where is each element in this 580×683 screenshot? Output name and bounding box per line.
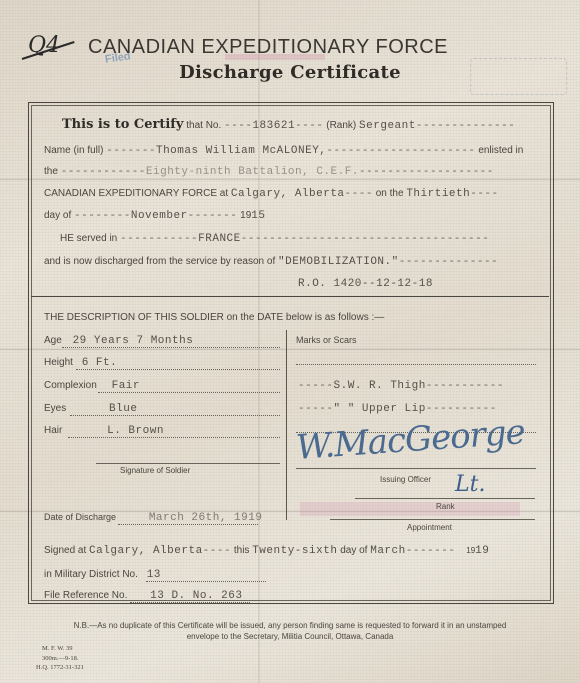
footer-note-line: N.B.—As no duplicate of this Certificate… <box>40 620 540 631</box>
authority-reference: R.O. 1420--12-12-18 <box>298 278 433 290</box>
fill-dashes: ----- <box>298 380 334 392</box>
eyes-label: Eyes <box>44 403 66 414</box>
description-heading: THE DESCRIPTION OF THIS SOLDIER on the D… <box>44 312 384 323</box>
complexion-underline <box>98 392 280 393</box>
unit-line: the ------------Eighty-ninth Battalion, … <box>44 166 494 178</box>
soldier-signature-line <box>96 463 280 464</box>
soldier-name: Thomas William McALONEY, <box>156 145 326 157</box>
mark-line: -----S.W. R. Thigh----------- <box>298 380 504 392</box>
complexion-value: Fair <box>112 380 140 392</box>
year-prefix: 19 <box>240 210 251 221</box>
fill-dashes: ------------------- <box>359 166 494 178</box>
mark-item: " " Upper Lip <box>334 403 426 415</box>
height-label: Height <box>44 357 73 368</box>
section-divider <box>31 296 549 297</box>
signed-at-label: Signed at <box>44 545 86 556</box>
signed-month: March <box>370 545 406 557</box>
fill-dashes: ------------ <box>61 166 146 178</box>
eyes-value: Blue <box>109 403 137 415</box>
district-underline <box>146 581 266 582</box>
served-in-value: FRANCE <box>198 233 241 245</box>
height-line: Height 6 Ft. <box>44 357 117 369</box>
fill-dashes: ----- <box>298 403 334 415</box>
file-reference-line: File Reference No. 13 D. No. 263 <box>44 590 242 602</box>
signed-year: 19 <box>475 545 489 557</box>
name-label: Name (in full) <box>44 145 103 156</box>
fill-dashes: ---- <box>470 188 498 200</box>
rank-signature-label: Rank <box>436 502 455 511</box>
number-label: that No. <box>186 120 221 131</box>
enlistment-place-line: CANADIAN EXPEDITIONARY FORCE at Calgary,… <box>44 188 499 200</box>
district-line: in Military District No. 13 <box>44 569 161 581</box>
fill-dashes: ---------- <box>426 403 497 415</box>
discharge-reason: "DEMOBILIZATION." <box>278 256 399 268</box>
on-the-label: on the <box>376 188 404 199</box>
signed-at-line: Signed at Calgary, Alberta---- this Twen… <box>44 545 489 557</box>
age-value: 29 Years 7 Months <box>73 335 194 347</box>
file-reference-label: File Reference No. <box>44 590 127 601</box>
height-value: 6 Ft. <box>82 357 118 369</box>
column-divider <box>286 330 287 520</box>
issuing-officer-line <box>296 468 536 469</box>
file-reference-value: 13 D. No. 263 <box>150 590 242 602</box>
certify-line: This is to Certify that No. ----183621--… <box>62 117 515 132</box>
enlisted-label: enlisted in <box>478 145 523 156</box>
certify-label: This is to Certify <box>62 117 183 132</box>
appointment-label: Appointment <box>407 523 452 532</box>
eyes-line: Eyes Blue <box>44 403 137 415</box>
discharge-reason-line: and is now discharged from the service b… <box>44 256 498 268</box>
hair-label: Hair <box>44 425 62 436</box>
signed-place: Calgary, Alberta <box>89 545 203 557</box>
discharge-date-value: March 26th, 1919 <box>149 512 263 524</box>
complexion-line: Complexion Fair <box>44 380 140 392</box>
hq-reference: H.Q. 1772-31-321 <box>36 664 84 671</box>
served-line: HE served in -----------FRANCE----------… <box>60 233 489 245</box>
soldier-signature-label: Signature of Soldier <box>120 466 190 475</box>
enlistment-month: November <box>131 210 188 222</box>
complexion-label: Complexion <box>44 380 97 391</box>
this-label: this <box>234 545 250 556</box>
rank-line <box>355 498 535 499</box>
rank-value: Sergeant <box>359 120 416 132</box>
enlistment-year: 15 <box>251 210 265 222</box>
day-of-label: day of <box>340 545 367 556</box>
name-line: Name (in full) -------Thomas William McA… <box>44 145 523 157</box>
enlistment-date-line: day of --------November------- 1915 <box>44 210 265 222</box>
certificate-border-inner <box>31 105 551 601</box>
footer-note: N.B.—As no duplicate of this Certificate… <box>40 620 540 642</box>
officer-signature-suffix: Lt. <box>455 472 485 497</box>
description-heading-text: THE DESCRIPTION OF THIS SOLDIER on the D… <box>44 312 384 323</box>
appointment-line <box>330 519 535 520</box>
discharge-date-label: Date of Discharge <box>44 512 116 522</box>
fill-dashes: ---- <box>224 120 252 132</box>
hair-value: L. Brown <box>107 425 164 437</box>
discharge-date-underline <box>118 524 258 525</box>
file-reference-underline <box>130 602 250 603</box>
age-line: Age 29 Years 7 Months <box>44 335 193 347</box>
age-label: Age <box>44 335 62 346</box>
regimental-number: 183621 <box>252 120 295 132</box>
rank-label: (Rank) <box>326 120 356 131</box>
fill-dashes: -------------- <box>399 256 498 268</box>
fill-dashes: ---- <box>295 120 323 132</box>
organization-name: CANADIAN EXPEDITIONARY FORCE <box>88 36 448 59</box>
day-of-label: day of <box>44 210 71 221</box>
age-underline <box>62 347 280 348</box>
fill-dashes: ------- <box>188 210 238 222</box>
issuing-officer-label: Issuing Officer <box>380 475 431 484</box>
enlistment-place: Calgary, Alberta <box>231 188 345 200</box>
fill-dashes: ----------------------------------- <box>241 233 490 245</box>
authority-line: R.O. 1420--12-12-18 <box>298 278 433 290</box>
hair-line: Hair L. Brown <box>44 425 164 437</box>
print-run: 300m.—9-18. <box>42 655 78 662</box>
signed-day: Twenty-sixth <box>252 545 337 557</box>
height-underline <box>76 369 280 370</box>
the-label: the <box>44 166 58 177</box>
district-value: 13 <box>147 569 161 581</box>
cef-label: CANADIAN EXPEDITIONARY FORCE at <box>44 188 228 199</box>
form-code: M. F. W. 39 <box>42 645 73 652</box>
fill-dashes: ------- <box>406 545 456 557</box>
pink-ink-stamp <box>300 502 520 516</box>
eyes-underline <box>70 415 280 416</box>
discharge-date-line: Date of Discharge March 26th, 1919 <box>44 512 262 524</box>
document-title: Discharge Certificate <box>0 62 580 83</box>
fill-dashes: ----------- <box>426 380 504 392</box>
marks-label-line: Marks or Scars <box>296 335 357 346</box>
fill-dashes: ----------- <box>120 233 198 245</box>
fill-dashes: -------- <box>74 210 131 222</box>
fill-dashes: --------------------- <box>326 145 475 157</box>
served-label: HE served in <box>60 233 117 244</box>
fill-dashes: -------------- <box>416 120 515 132</box>
year-prefix: 19 <box>466 546 475 555</box>
discharged-label: and is now discharged from the service b… <box>44 256 275 267</box>
unit-value: Eighty-ninth Battalion, C.E.F. <box>146 166 359 178</box>
enlistment-day: Thirtieth <box>406 188 470 200</box>
mark-line: -----" " Upper Lip---------- <box>298 403 497 415</box>
mark-item: S.W. R. Thigh <box>334 380 426 392</box>
footer-note-line: envelope to the Secretary, Militia Counc… <box>40 631 540 642</box>
district-label: in Military District No. <box>44 569 138 580</box>
marks-label: Marks or Scars <box>296 335 357 345</box>
fill-dashes: ---- <box>345 188 373 200</box>
fill-dashes: ------- <box>106 145 156 157</box>
fill-dashes: ---- <box>203 545 231 557</box>
marks-underline <box>296 364 536 365</box>
hair-underline <box>68 437 280 438</box>
